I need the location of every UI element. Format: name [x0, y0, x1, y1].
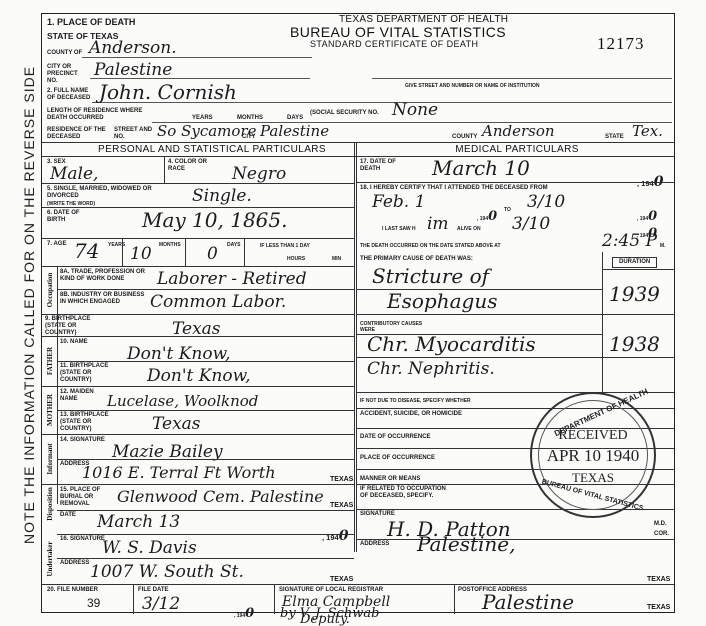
- physician-texas-label: TEXAS: [647, 576, 670, 583]
- file-number-label: 20. FILE NUMBER: [47, 587, 98, 594]
- burial-date-label: DATE: [60, 512, 76, 519]
- trade-value: Laborer - Retired: [157, 269, 307, 289]
- form-title: STANDARD CERTIFICATE OF DEATH: [310, 39, 478, 49]
- father-birthplace-label: 11. BIRTHPLACE (STATE OR COUNTRY): [60, 363, 120, 384]
- ssn-value: None: [392, 100, 438, 120]
- last-saw-pronoun: im: [427, 214, 449, 234]
- to-label: TO: [504, 207, 511, 213]
- undertaker-address-label: ADDRESS: [60, 560, 89, 567]
- residence-state-label: STATE: [605, 134, 624, 141]
- age-months-label: MONTHS: [159, 242, 181, 248]
- received-stamp: DEPARTMENT OF HEALTH RECEIVED APR 10 194…: [530, 392, 656, 518]
- burial-label: 15. PLACE OF BURIAL OR REMOVAL: [60, 487, 120, 508]
- bureau-title: BUREAU OF VITAL STATISTICS: [290, 24, 506, 40]
- personal-section-title: PERSONAL AND STATISTICAL PARTICULARS: [77, 144, 347, 155]
- undertaker-tag: Undertaker: [44, 534, 56, 584]
- burial-texas-label: TEXAS: [330, 502, 353, 509]
- primary-cause-line2: Esophagus: [387, 291, 497, 311]
- undertaker-signature-label: 16. SIGNATURE: [60, 536, 105, 543]
- street-label: STREET AND NO.: [114, 127, 154, 141]
- father-tag: FATHER: [44, 336, 56, 386]
- trade-label: 8A. TRADE, PROFESSION OR KIND OF WORK DO…: [60, 269, 145, 283]
- file-number: 39: [87, 599, 100, 607]
- residence-length-label: LENGTH OF RESIDENCE WHERE DEATH OCCURRED: [47, 108, 157, 122]
- county-value: Anderson.: [89, 38, 177, 58]
- certificate-form: 1. PLACE OF DEATH STATE OF TEXAS TEXAS D…: [41, 13, 675, 613]
- ssn-label: (SOCIAL SECURITY NO.: [310, 110, 380, 117]
- residence-label: RESIDENCE OF THE DECEASED: [47, 127, 113, 141]
- attended-from-year: , 1940: [477, 207, 497, 227]
- color-label: 4. COLOR OR RACE: [168, 159, 218, 173]
- reverse-side-note: NOTE THE INFORMATION CALLED FOR ON THE R…: [14, 95, 44, 515]
- mother-birthplace: Texas: [152, 414, 201, 434]
- death-time: 2:45 P: [602, 231, 657, 251]
- md-label: M.D.: [654, 521, 667, 528]
- physician-address: Palestine,: [417, 534, 516, 554]
- hours-label: HOURS: [287, 256, 305, 262]
- disposition-tag: Disposition: [44, 484, 56, 524]
- place-of-death-label: 1. PLACE OF DEATH: [47, 18, 135, 26]
- father-name-label: 10. NAME: [60, 339, 88, 346]
- undertaker-address: 1007 W. South St.: [90, 562, 244, 582]
- mother-birthplace-label: 13. BIRTHPLACE (STATE OR COUNTRY): [60, 412, 120, 433]
- father-birthplace: Don't Know,: [147, 366, 251, 386]
- undertaker-texas-label: TEXAS: [330, 576, 353, 583]
- attended-to: 3/10: [527, 192, 565, 212]
- occurrence-date-label: DATE OF OCCURRENCE: [360, 434, 431, 441]
- physician-address-label: ADDRESS: [360, 541, 389, 548]
- marital-value: Single.: [192, 186, 252, 206]
- residence-city: Palestine: [260, 121, 329, 141]
- industry-value: Common Labor.: [150, 292, 286, 312]
- primary-duration: 1939: [609, 284, 660, 304]
- postoffice-texas-label: TEXAS: [647, 604, 670, 611]
- stamp-received: RECEIVED: [532, 428, 654, 444]
- dob-value: May 10, 1865.: [142, 210, 287, 230]
- occupation-related-label: IF RELATED TO OCCUPATION OF DECEASED, SP…: [360, 486, 455, 500]
- certificate-number: 12173: [597, 34, 645, 54]
- date-of-death-label: 17. DATE OF DEATH: [360, 159, 410, 173]
- informant-texas-label: TEXAS: [330, 476, 353, 483]
- city-label: CITY OR PRECINCT NO.: [47, 64, 87, 85]
- age-years: 74: [74, 241, 99, 261]
- residence-county-label: COUNTY: [452, 134, 477, 141]
- sex-value: Male,: [50, 164, 98, 184]
- min-label: MIN: [332, 256, 341, 262]
- postoffice-value: Palestine: [482, 592, 574, 612]
- not-disease-label: IF NOT DUE TO DISEASE, SPECIFY WHETHER: [360, 398, 471, 404]
- death-time-label: THE DEATH OCCURRED ON THE DATE STATED AB…: [360, 243, 501, 249]
- industry-label: 8B. INDUSTRY OR BUSINESS IN WHICH ENGAGE…: [60, 292, 145, 306]
- cor-label: COR.: [654, 531, 669, 538]
- mother-maiden-label: 12. MAIDEN NAME: [60, 389, 100, 403]
- occupation-tag: Occupation: [44, 266, 56, 314]
- informant-signature-label: 14. SIGNATURE: [60, 437, 105, 444]
- alive-on-label: ALIVE ON: [457, 226, 481, 232]
- last-saw-label: I LAST SAW H: [382, 226, 416, 232]
- primary-cause-label: THE PRIMARY CAUSE OF DEATH WAS:: [360, 256, 473, 263]
- accident-label: ACCIDENT, SUICIDE, OR HOMICIDE: [360, 411, 462, 418]
- burial-place: Glenwood Cem. Palestine: [117, 487, 324, 507]
- manner-label: MANNER OR MEANS: [360, 476, 420, 483]
- county-label: COUNTY OF: [47, 50, 82, 57]
- stamp-date: APR 10 1940: [532, 446, 654, 466]
- residence-city-label: CITY: [242, 134, 256, 141]
- less-than-day-label: IF LESS THAN 1 DAY: [260, 243, 310, 249]
- file-year: , 1940: [234, 604, 254, 624]
- primary-cause-line1: Stricture of: [372, 266, 489, 286]
- city-value: Palestine: [94, 60, 172, 80]
- m-label: M.: [660, 243, 666, 249]
- age-days: 0: [207, 244, 218, 264]
- medical-section-title: MEDICAL PARTICULARS: [362, 144, 672, 155]
- age-months: 10: [130, 244, 152, 264]
- age-label: 7. AGE: [47, 241, 66, 248]
- duration-label: DURATION: [612, 257, 657, 268]
- marital-label: 5. SINGLE, MARRIED, WIDOWED OR DIVORCED: [47, 186, 162, 200]
- contributory-line1: Chr. Myocarditis: [367, 334, 536, 354]
- residence-county: Anderson: [482, 121, 555, 141]
- age-days-label: DAYS: [227, 242, 240, 248]
- residence-state: Tex.: [632, 121, 663, 141]
- burial-year: , 1940: [322, 526, 348, 546]
- death-certificate: NOTE THE INFORMATION CALLED FOR ON THE R…: [0, 0, 706, 626]
- occurrence-place-label: PLACE OF OCCURRENCE: [360, 455, 435, 462]
- informant-tag: Informant: [44, 434, 56, 484]
- attended-from: Feb. 1: [372, 192, 425, 212]
- date-of-death: March 10: [432, 158, 530, 178]
- alive-on: 3/10: [512, 214, 550, 234]
- registrar-line3: Deputy.: [300, 610, 350, 626]
- informant-address: 1016 E. Terral Ft Worth: [82, 463, 276, 483]
- contributory-line2: Chr. Nephritis.: [367, 359, 495, 379]
- color-value: Negro: [232, 164, 286, 184]
- birthplace-label: 9. BIRTHPLACE (STATE OR COUNTRY): [45, 316, 100, 337]
- deceased-name-label: 2. FULL NAME OF DECEASED: [47, 88, 92, 102]
- certify-label: 18. I HEREBY CERTIFY THAT I ATTENDED THE…: [360, 185, 548, 191]
- deceased-name: John. Cornish: [99, 82, 237, 102]
- mother-tag: MOTHER: [44, 386, 56, 434]
- dob-label: 6. DATE OF BIRTH: [47, 210, 97, 224]
- mother-maiden-name: Lucelase, Woolknod: [107, 391, 258, 411]
- burial-date: March 13: [97, 512, 180, 532]
- file-date: 3/12: [142, 594, 180, 614]
- file-date-label: FILE DATE: [138, 587, 169, 594]
- street-hint: GIVE STREET AND NUMBER OR NAME OF INSTIT…: [405, 83, 540, 89]
- contributory-duration: 1938: [609, 334, 660, 354]
- undertaker-signature: W. S. Davis: [102, 538, 197, 558]
